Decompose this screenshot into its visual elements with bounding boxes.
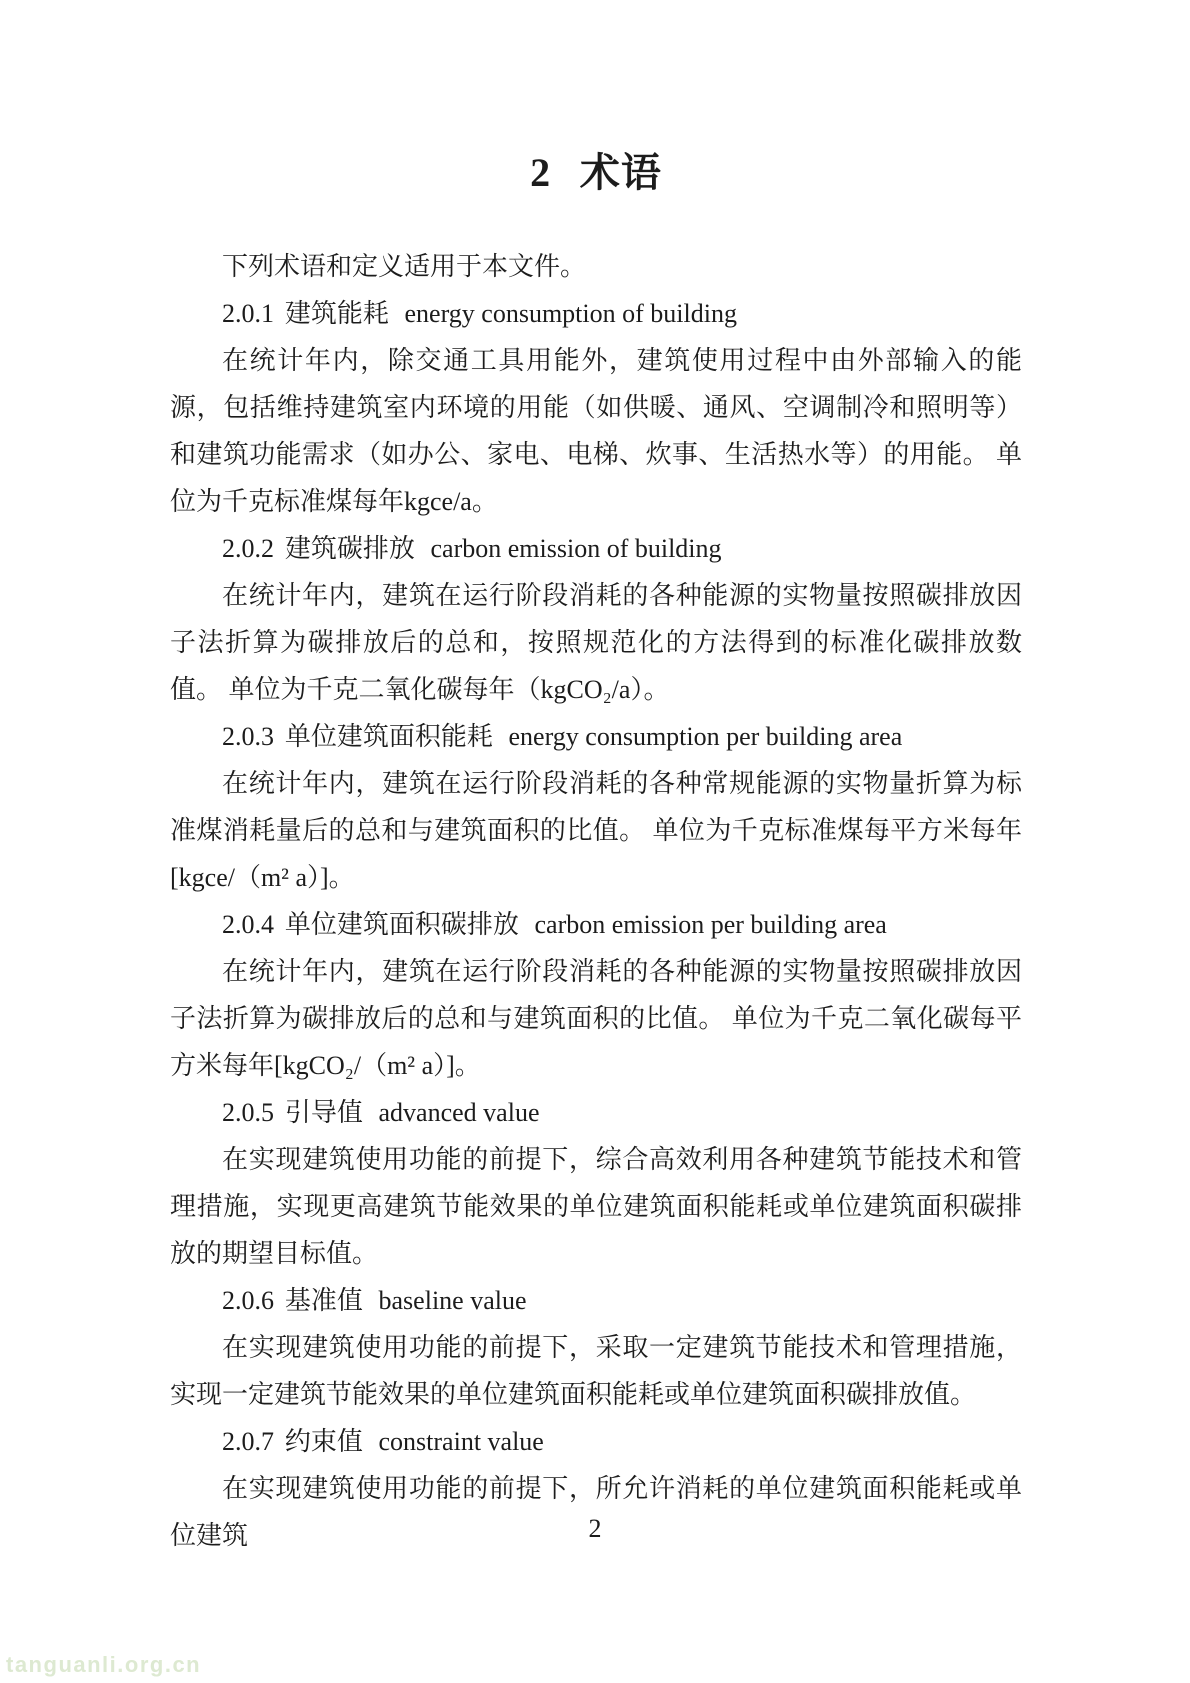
chapter-number: 2 (530, 150, 551, 195)
page-content: 2术语 下列术语和定义适用于本文件。 2.0.1建筑能耗energy consu… (170, 0, 1022, 1559)
page-number: 2 (0, 1506, 1190, 1552)
term-number: 2.0.2 (222, 534, 274, 563)
term-zh-label: 建筑碳排放 (285, 534, 415, 563)
term-heading-2-0-2: 2.0.2建筑碳排放carbon emission of building (170, 525, 1022, 572)
term-definition-2-0-2: 在统计年内，建筑在运行阶段消耗的各种能源的实物量按照碳排放因子法折算为碳排放后的… (170, 572, 1022, 713)
document-page: 2术语 下列术语和定义适用于本文件。 2.0.1建筑能耗energy consu… (0, 0, 1190, 1683)
term-en-label: energy consumption of building (405, 299, 737, 328)
term-heading-2-0-5: 2.0.5引导值advanced value (170, 1089, 1022, 1136)
term-number: 2.0.5 (222, 1098, 274, 1127)
term-heading-2-0-7: 2.0.7约束值constraint value (170, 1418, 1022, 1465)
term-number: 2.0.3 (222, 722, 274, 751)
intro-paragraph: 下列术语和定义适用于本文件。 (170, 243, 1022, 290)
term-number: 2.0.6 (222, 1286, 274, 1315)
term-number: 2.0.4 (222, 910, 274, 939)
term-heading-2-0-1: 2.0.1建筑能耗energy consumption of building (170, 290, 1022, 337)
chapter-title-text: 术语 (580, 150, 662, 195)
term-en-label: baseline value (379, 1286, 527, 1315)
term-en-label: energy consumption per building area (509, 722, 903, 751)
term-zh-label: 单位建筑面积能耗 (285, 722, 493, 751)
chapter-title: 2术语 (170, 0, 1022, 201)
watermark: tanguanli.org.cn (6, 1652, 201, 1678)
term-definition-2-0-5: 在实现建筑使用功能的前提下，综合高效利用各种建筑节能技术和管理措施，实现更高建筑… (170, 1136, 1022, 1277)
term-zh-label: 基准值 (285, 1286, 363, 1315)
term-heading-2-0-6: 2.0.6基准值baseline value (170, 1277, 1022, 1324)
term-zh-label: 单位建筑面积碳排放 (285, 910, 519, 939)
term-zh-label: 引导值 (285, 1098, 363, 1127)
term-definition-2-0-4: 在统计年内，建筑在运行阶段消耗的各种能源的实物量按照碳排放因子法折算为碳排放后的… (170, 948, 1022, 1089)
term-zh-label: 建筑能耗 (285, 299, 389, 328)
term-en-label: carbon emission of building (431, 534, 722, 563)
term-en-label: constraint value (379, 1427, 544, 1456)
term-definition-2-0-3: 在统计年内，建筑在运行阶段消耗的各种常规能源的实物量折算为标准煤消耗量后的总和与… (170, 760, 1022, 901)
term-heading-2-0-3: 2.0.3单位建筑面积能耗energy consumption per buil… (170, 713, 1022, 760)
term-zh-label: 约束值 (285, 1427, 363, 1456)
body-text: 下列术语和定义适用于本文件。 2.0.1建筑能耗energy consumpti… (170, 243, 1022, 1559)
term-definition-2-0-1: 在统计年内，除交通工具用能外，建筑使用过程中由外部输入的能源，包括维持建筑室内环… (170, 337, 1022, 525)
term-heading-2-0-4: 2.0.4单位建筑面积碳排放carbon emission per buildi… (170, 901, 1022, 948)
term-en-label: carbon emission per building area (535, 910, 887, 939)
term-en-label: advanced value (379, 1098, 540, 1127)
term-number: 2.0.7 (222, 1427, 274, 1456)
term-definition-2-0-6: 在实现建筑使用功能的前提下，采取一定建筑节能技术和管理措施，实现一定建筑节能效果… (170, 1324, 1022, 1418)
term-number: 2.0.1 (222, 299, 274, 328)
